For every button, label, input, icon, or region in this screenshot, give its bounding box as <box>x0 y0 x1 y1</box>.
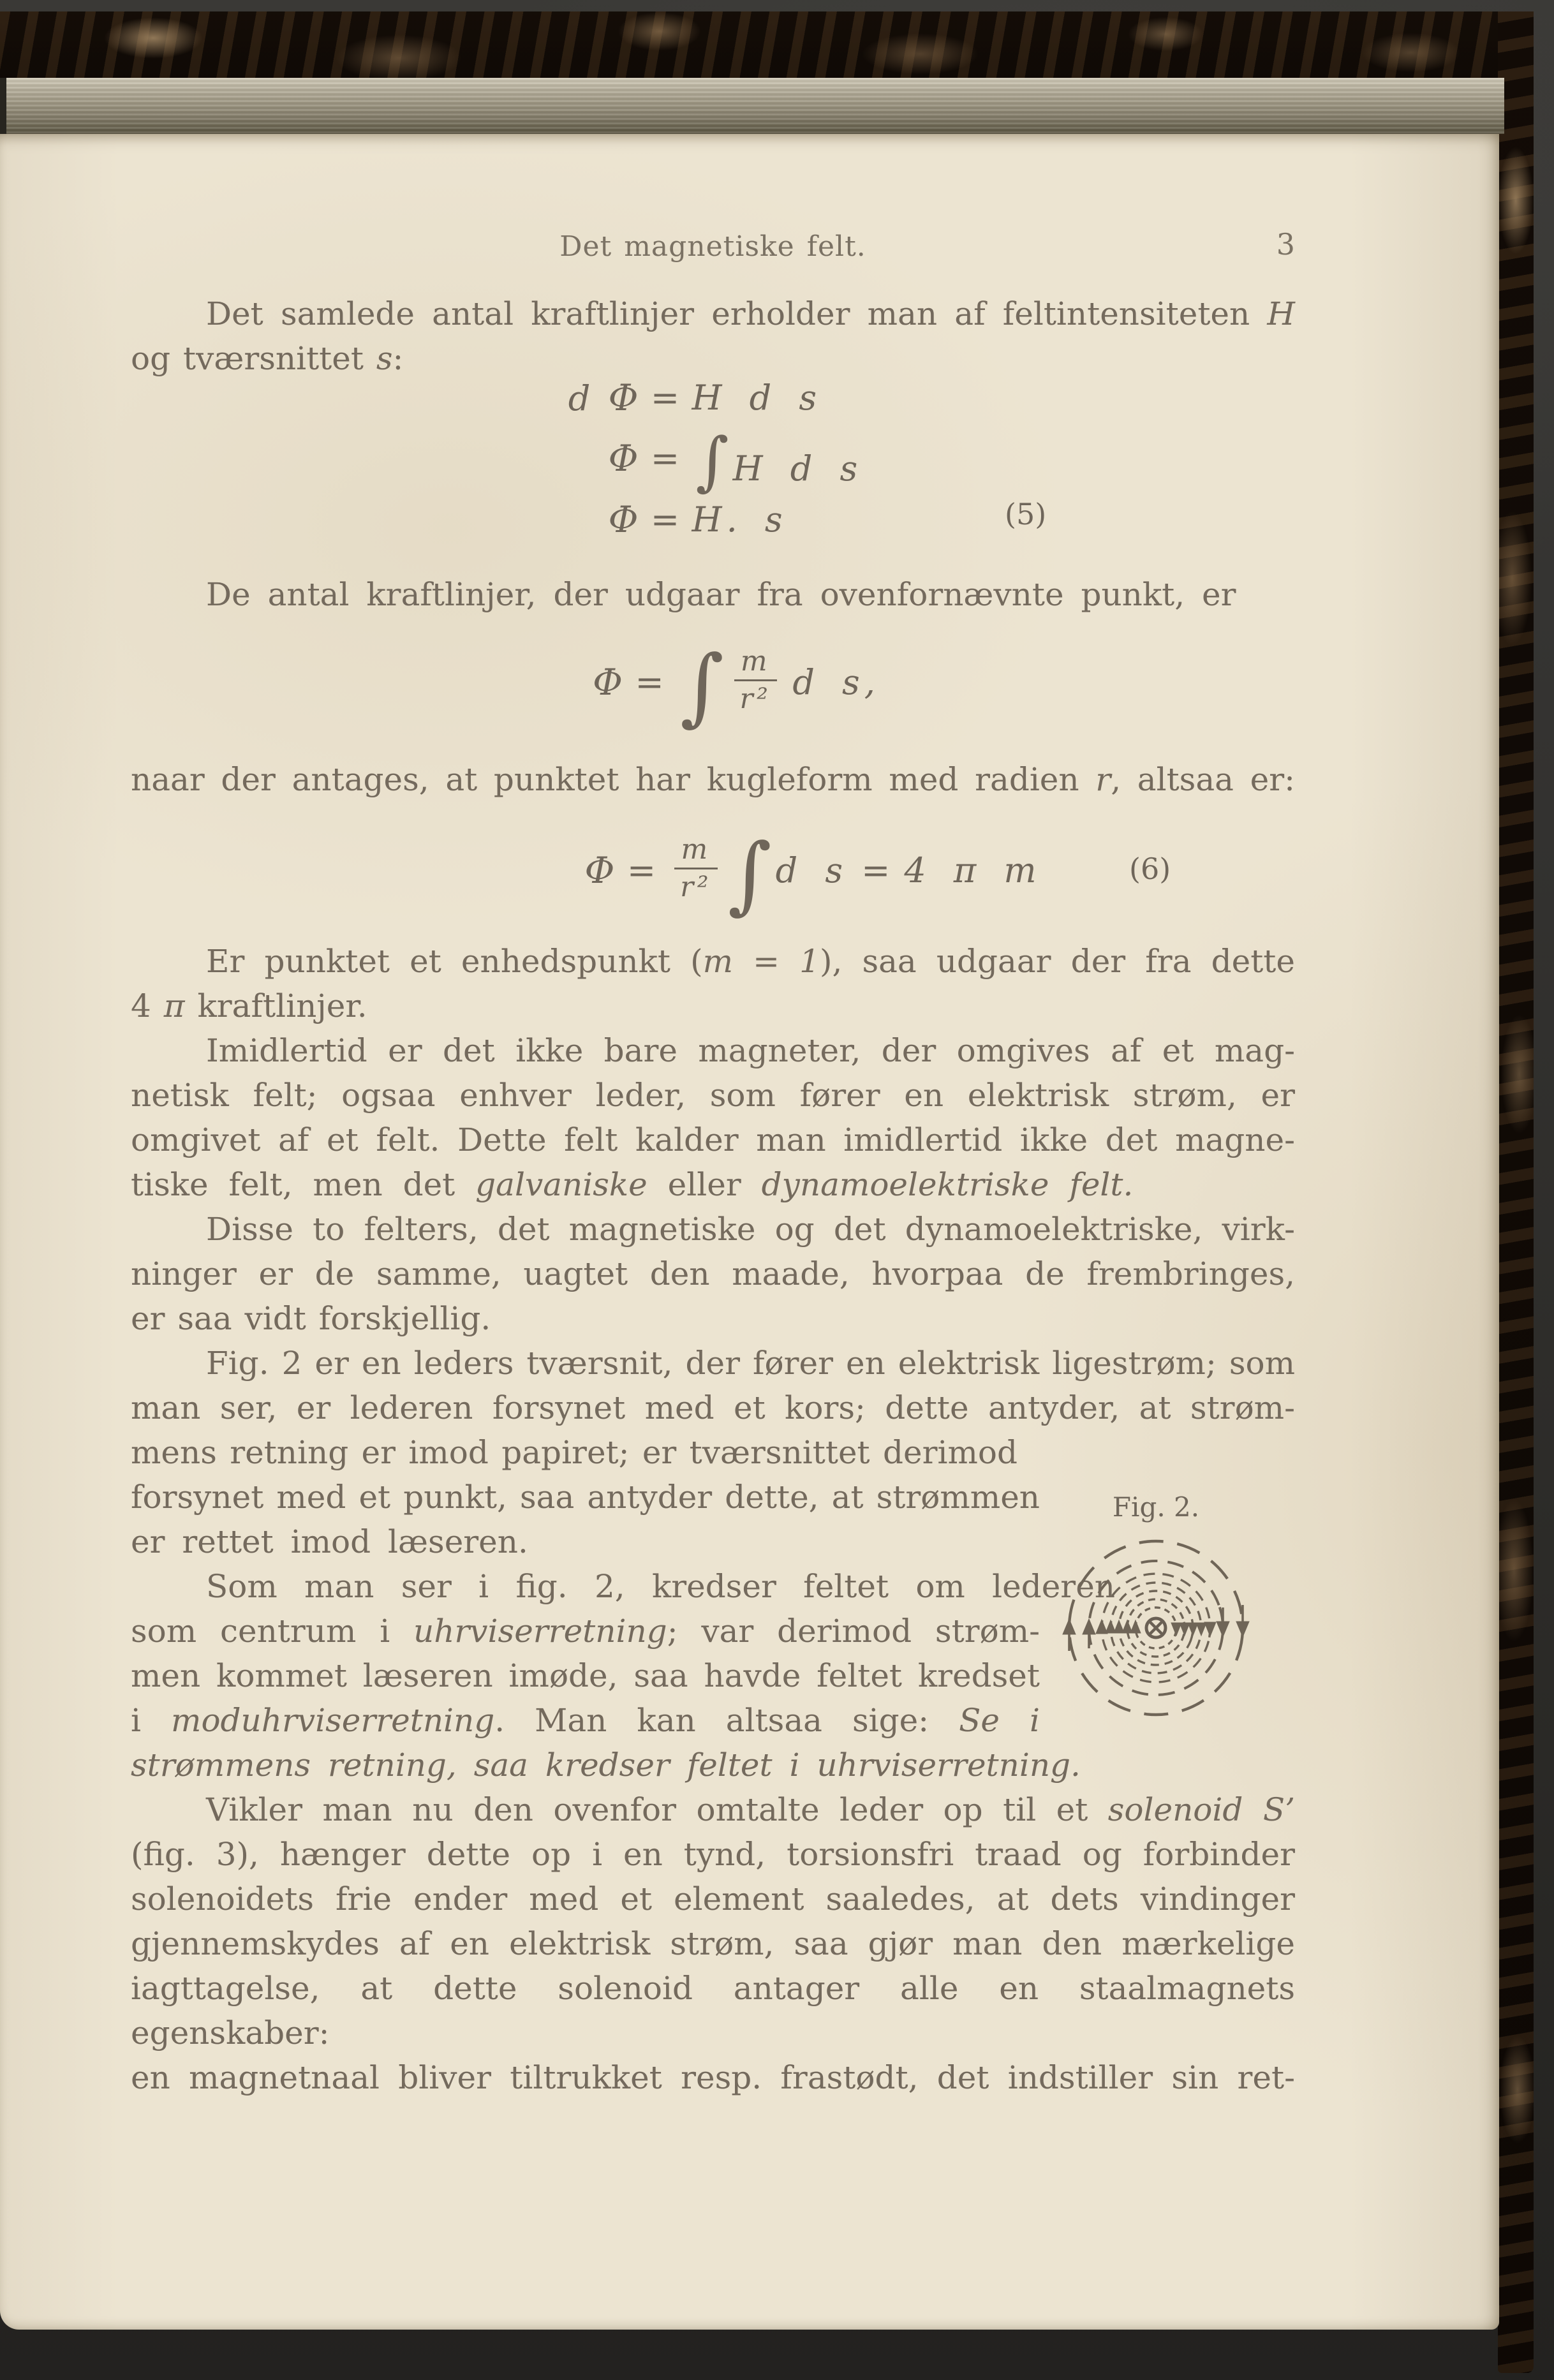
equation-number-5: (5) <box>1005 492 1046 536</box>
text-line: 4 π kraftlinjer. <box>131 984 1295 1028</box>
text-line: De antal kraftlinjer, der udgaar fra ove… <box>131 572 1295 617</box>
math-rhs: d s, <box>792 660 880 705</box>
text-line: forsynet med et punkt, saa antyder dette… <box>131 1475 1040 1519</box>
text-line: man ser, er lederen forsynet med et kors… <box>131 1386 1295 1430</box>
text-line: ninger er de samme, uagtet den maade, hv… <box>131 1252 1295 1296</box>
integral-sign: ∫ <box>724 832 776 917</box>
text-line: en magnetnaal bliver tiltrukket resp. fr… <box>131 2055 1295 2100</box>
fraction-numerator: m <box>674 834 717 869</box>
math-d: d <box>568 378 595 418</box>
book-page: Det magnetiske felt. 3 Det samlede antal… <box>0 134 1499 2330</box>
paragraph: Imidlertid er det ikke bare magneter, de… <box>131 1028 1295 1207</box>
equation-line: Φ=∫mr²d s, <box>131 619 1295 746</box>
text-line: (fig. 3), hænger dette op i en tynd, tor… <box>131 1832 1295 1877</box>
field-lines-figure <box>1047 1519 1264 1736</box>
text-line: netisk felt; ogsaa enhver leder, som før… <box>131 1073 1295 1118</box>
text-line: er saa vidt forskjellig. <box>131 1296 1295 1341</box>
fraction-denominator: r² <box>734 681 777 714</box>
equation-line: Φ=∫H d s <box>131 423 1295 494</box>
text-line: Vikler man nu den ovenfor omtalte leder … <box>131 1787 1295 1832</box>
equals-sign: = <box>847 848 904 893</box>
paragraph-intro: Det samlede antal kraftlinjer erholder m… <box>131 292 1295 381</box>
fraction: mr² <box>734 646 777 714</box>
equals-sign: = <box>639 376 692 420</box>
field-arrows-down-right <box>1171 1605 1249 1637</box>
book-cover-right-edge <box>1498 11 1534 2373</box>
paragraph: Disse to felters, det magnetiske og det … <box>131 1207 1295 1341</box>
math-phi: Φ <box>609 377 639 419</box>
text-line: Det samlede antal kraftlinjer erholder m… <box>131 292 1295 336</box>
math-rhs: H d s <box>692 376 864 420</box>
current-into-page-icon <box>1146 1618 1165 1637</box>
text-line: gjennemskydes af en elektrisk strøm, saa… <box>131 1921 1295 1966</box>
fraction-denominator: r² <box>674 869 717 903</box>
equation-line: Φ=mr²∫d s=4 π m <box>207 807 1372 935</box>
fraction: mr² <box>674 834 717 903</box>
math-rhs: 4 π m <box>904 848 1040 893</box>
equals-sign: = <box>639 436 692 481</box>
equals-sign: = <box>639 498 692 542</box>
math-phi: Φ <box>609 499 639 541</box>
text-line: tiske felt, men det galvaniske eller dyn… <box>131 1162 1295 1207</box>
equation-line: d Φ=H d s <box>131 373 1295 423</box>
paragraph-solenoid: Vikler man nu den ovenfor omtalte leder … <box>131 1787 1295 2100</box>
math-rhs: d s <box>776 848 847 893</box>
text-line: i moduhrviserretning. Man kan altsaa sig… <box>131 1698 1040 1743</box>
equation-block-point: Φ=∫mr²d s, <box>131 619 1295 746</box>
math-rhs: H. s <box>692 498 864 542</box>
backdrop-sliver <box>0 78 6 137</box>
paragraph-field-direction-end: strømmens retning, saa kredser feltet i … <box>131 1743 1295 1787</box>
text-line: er rettet imod læseren. <box>131 1519 1040 1564</box>
figure-caption: Fig. 2. <box>1047 1491 1264 1523</box>
book-page-stack-edge <box>0 78 1504 134</box>
paragraph: Er punktet et enhedspunkt (m = 1), saa u… <box>131 939 1295 1028</box>
paragraph-fig2: Fig. 2 er en leders tværsnit, der fører … <box>131 1341 1295 1475</box>
text-line: Fig. 2 er en leders tværsnit, der fører … <box>131 1341 1295 1386</box>
text-line: men kommet læseren imøde, saa havde felt… <box>131 1653 1040 1698</box>
equation-number-6: (6) <box>1129 846 1171 891</box>
page-number: 3 <box>1276 222 1295 267</box>
text-line: Er punktet et enhedspunkt (m = 1), saa u… <box>131 939 1295 984</box>
text-line: Som man ser i fig. 2, kredser feltet om … <box>131 1564 1115 1609</box>
running-title: Det magnetiske felt. <box>131 225 1295 269</box>
equation-line: Φ=H. s <box>131 494 1295 545</box>
paragraph: De antal kraftlinjer, der udgaar fra ove… <box>131 572 1295 617</box>
photo-backdrop: Det magnetiske felt. 3 Det samlede antal… <box>0 0 1554 2380</box>
math-phi: Φ <box>585 850 615 892</box>
text-line: strømmens retning, saa kredser feltet i … <box>131 1743 1295 1787</box>
text-line: mens retning er imod papiret; er tværsni… <box>131 1430 1018 1475</box>
math-phi: Φ <box>593 662 623 704</box>
text-line: solenoidets frie ender med et element sa… <box>131 1877 1295 1921</box>
book-cover-top-edge <box>0 11 1534 78</box>
text-line: Imidlertid er det ikke bare magneter, de… <box>131 1028 1295 1073</box>
equals-sign: = <box>623 660 676 705</box>
text-line: omgivet af et felt. Dette felt kalder ma… <box>131 1118 1295 1162</box>
text-line: Disse to felters, det magnetiske og det … <box>131 1207 1295 1252</box>
integral-sign: ∫ <box>692 424 733 498</box>
fraction-numerator: m <box>734 646 777 681</box>
math-phi: Φ <box>609 438 639 480</box>
equals-sign: = <box>614 848 668 893</box>
page-header: Det magnetiske felt. 3 <box>131 225 1295 269</box>
text-line: iagttagelse, at dette solenoid antager a… <box>131 1966 1295 2055</box>
equation-block-5: d Φ=H d s Φ=∫H d s Φ=H. s (5) <box>131 373 1295 545</box>
text-line: som centrum i uhrviserretning; var derim… <box>131 1609 1040 1653</box>
math-rhs: H d s <box>733 448 862 489</box>
integral-sign: ∫ <box>676 644 728 728</box>
text-line: naar der antages, at punktet har kuglefo… <box>131 757 1295 802</box>
equation-block-6: Φ=mr²∫d s=4 π m (6) <box>131 807 1295 935</box>
paragraph: naar der antages, at punktet har kuglefo… <box>131 757 1295 802</box>
